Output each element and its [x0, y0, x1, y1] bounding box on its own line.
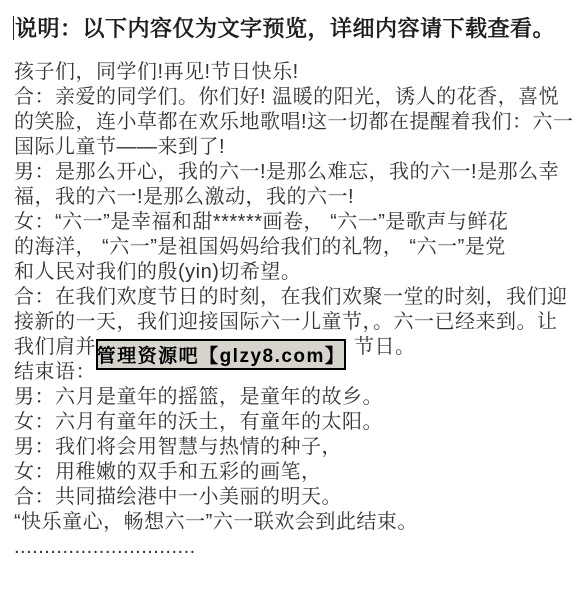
watermark-text: 管理资源吧【glzy8.com】: [97, 341, 346, 368]
script-line: 女：用稚嫩的双手和五彩的画笔，: [14, 460, 576, 485]
document-preview-page: 说明：以下内容仅为文字预览，详细内容请下载查看。 孩子们，同学们!再见!节日快乐…: [0, 0, 578, 600]
interrupted-suffix: 节日。: [354, 336, 416, 358]
script-line: 国际儿童节——来到了!: [14, 135, 576, 160]
text-cursor-icon: [13, 16, 14, 40]
script-line: 的笑脸，连小草都在欢乐地歌唱!这一切都在提醒着我们：六一: [14, 110, 576, 135]
script-line: 的海洋， “六一”是祖国妈妈给我们的礼物， “六一”是党: [14, 235, 576, 260]
script-line: “快乐童心，畅想六一”六一联欢会到此结束。: [14, 510, 576, 535]
script-line: 女：六月有童年的沃土，有童年的太阳。: [14, 410, 576, 435]
script-line: 孩子们，同学们!再见!节日快乐!: [14, 60, 576, 85]
script-line: 合：在我们欢度节日的时刻，在我们欢聚一堂的时刻，我们迎: [14, 285, 576, 310]
preview-notice: 说明：以下内容仅为文字预览，详细内容请下载查看。: [13, 12, 555, 43]
preview-notice-text: 说明：以下内容仅为文字预览，详细内容请下载查看。: [15, 16, 555, 41]
script-line: 合：亲爱的同学们。你们好! 温暖的阳光，诱人的花香，喜悦: [14, 85, 576, 110]
script-line: 福，我的六一!是那么激动，我的六一!: [14, 185, 576, 210]
dots-line: ..............................: [14, 535, 576, 560]
script-line: 合：共同描绘港中一小美丽的明天。: [14, 485, 576, 510]
script-line: 男：是那么开心，我的六一!是那么难忘，我的六一!是那么幸: [14, 160, 576, 185]
script-line: 和人民对我们的殷(yin)切希望。: [14, 260, 576, 285]
script-line: 接新的一天，我们迎接国际六一儿童节，。六一已经来到。让: [14, 310, 576, 335]
interrupted-prefix: 我们肩并: [14, 336, 96, 358]
document-body: 孩子们，同学们!再见!节日快乐! 合：亲爱的同学们。你们好! 温暖的阳光，诱人的…: [14, 60, 576, 560]
script-line: 男：我们将会用智慧与热情的种子，: [14, 435, 576, 460]
watermark-box: 管理资源吧【glzy8.com】: [96, 339, 346, 370]
script-line: 男：六月是童年的摇篮，是童年的故乡。: [14, 385, 576, 410]
script-line: 女：“六一”是幸福和甜******画卷， “六一”是歌声与鲜花: [14, 210, 576, 235]
